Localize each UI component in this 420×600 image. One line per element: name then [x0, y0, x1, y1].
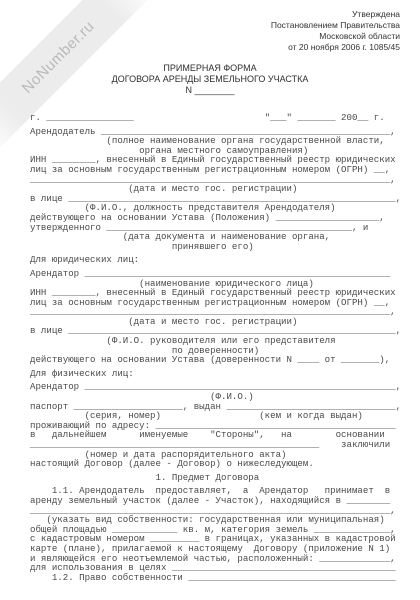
approval-line: от 20 ноября 2006 г. 1085/45: [0, 42, 400, 53]
document-line: Для физических лиц:: [30, 369, 420, 379]
approval-line: Московской области: [0, 31, 400, 42]
document-line: Для юридических лиц:: [30, 255, 420, 265]
title-line: N ________: [0, 85, 420, 96]
document-line: принявшего его): [30, 242, 420, 252]
approval-block: УтвержденаПостановлением ПравительстваМо…: [0, 0, 420, 53]
document-line: г. ________________ "___" _______ 200__ …: [30, 113, 420, 123]
document-title: ПРИМЕРНАЯ ФОРМАДОГОВОРА АРЕНДЫ ЗЕМЕЛЬНОГ…: [0, 63, 420, 96]
document-line: 1.2. Право собственности _______________…: [30, 573, 420, 583]
document-line: 1. Предмет Договора: [30, 473, 420, 483]
approval-line: Постановлением Правительства: [0, 20, 400, 31]
document-page: УтвержденаПостановлением ПравительстваМо…: [0, 0, 420, 600]
title-line: ПРИМЕРНАЯ ФОРМА: [0, 63, 420, 74]
approval-line: Утверждена: [0, 9, 400, 20]
document-line: действующего на основании Устава (довере…: [30, 355, 420, 365]
title-line: ДОГОВОРА АРЕНДЫ ЗЕМЕЛЬНОГО УЧАСТКА: [0, 74, 420, 85]
document-line: настоящий Договор (далее - Договор) о ни…: [30, 459, 420, 469]
document-body: г. ________________ "___" _______ 200__ …: [0, 113, 420, 582]
